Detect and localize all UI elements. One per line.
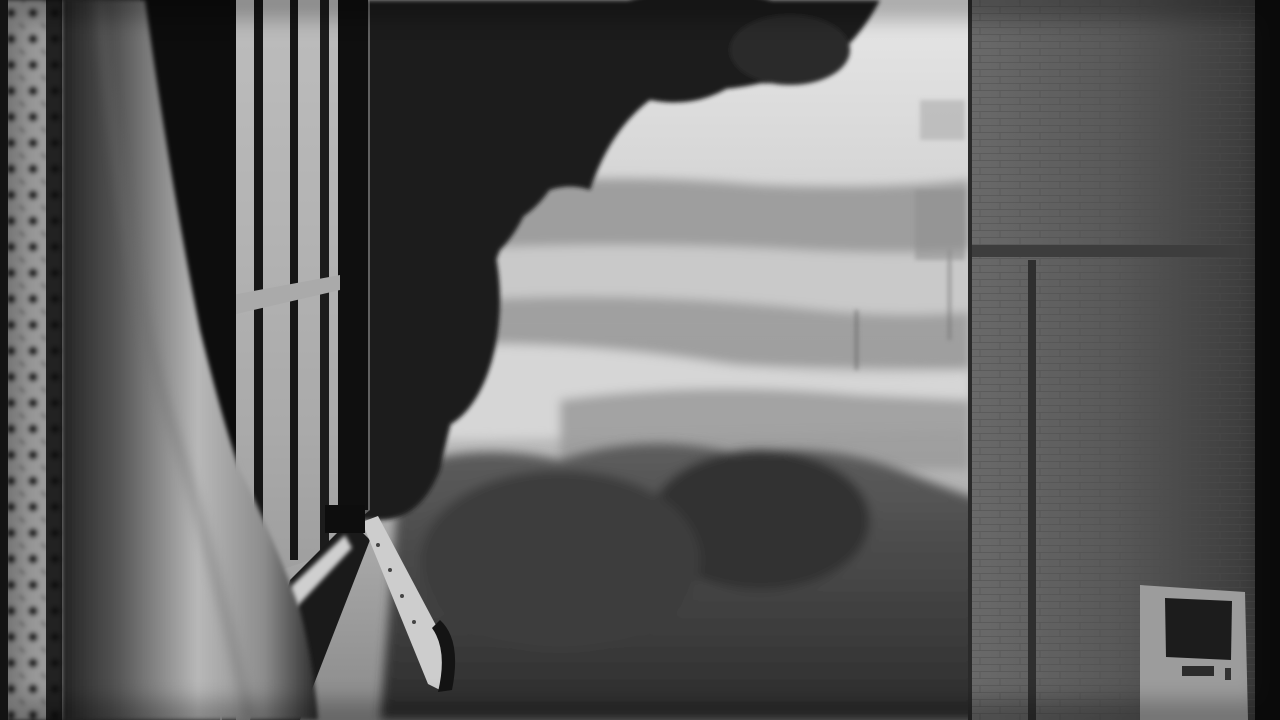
shrubbery	[380, 444, 980, 720]
drainpipe	[1028, 260, 1036, 720]
photo-canvas	[0, 0, 1280, 720]
door-window	[1165, 598, 1232, 660]
white-door	[1140, 585, 1248, 720]
photograph: View through an open window onto a misty…	[0, 0, 1280, 720]
door-handle	[1225, 668, 1231, 680]
letterbox	[1182, 666, 1214, 676]
